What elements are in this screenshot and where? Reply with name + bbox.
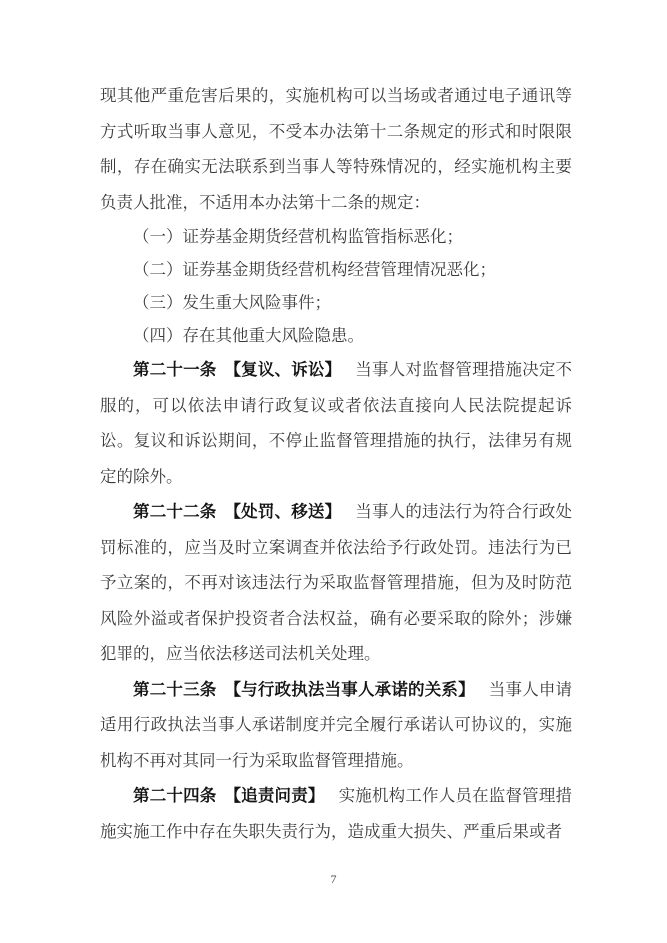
article-number: 第二十四条: [133, 786, 216, 805]
article-title: 【追责问责】: [224, 786, 324, 805]
paragraph-text: （一）证券基金期货经营机构监管指标恶化；: [133, 227, 463, 246]
body-paragraph: 现其他严重危害后果的，实施机构可以当场或者通过电子通讯等方式听取当事人意见，不受…: [100, 78, 572, 220]
paragraph-text: （四）存在其他重大风险隐患。: [133, 326, 364, 345]
article-paragraph: 第二十一条【复议、诉讼】当事人对监督管理措施决定不服的，可以依法申请行政复议或者…: [100, 352, 572, 494]
paragraph-text: （三）发生重大风险事件；: [133, 293, 331, 312]
body-paragraph: （二）证券基金期货经营机构经营管理情况恶化；: [100, 253, 572, 286]
document-page: 现其他严重危害后果的，实施机构可以当场或者通过电子通讯等方式听取当事人意见，不受…: [0, 0, 667, 943]
document-body: 现其他严重危害后果的，实施机构可以当场或者通过电子通讯等方式听取当事人意见，不受…: [100, 78, 572, 849]
body-paragraph: （一）证券基金期货经营机构监管指标恶化；: [100, 220, 572, 253]
article-paragraph: 第二十三条【与行政执法当事人承诺的关系】当事人申请适用行政执法当事人承诺制度并完…: [100, 672, 572, 779]
article-title: 【复议、诉讼】: [224, 360, 341, 379]
page-number: 7: [0, 872, 667, 887]
body-paragraph: （三）发生重大风险事件；: [100, 286, 572, 319]
article-paragraph: 第二十二条【处罚、移送】当事人的违法行为符合行政处罚标准的，应当及时立案调查并依…: [100, 494, 572, 672]
body-paragraph: （四）存在其他重大风险隐患。: [100, 319, 572, 352]
article-number: 第二十一条: [133, 360, 216, 379]
article-text: 当事人的违法行为符合行政处罚标准的，应当及时立案调查并依法给予行政处罚。违法行为…: [100, 502, 572, 663]
article-title: 【与行政执法当事人承诺的关系】: [224, 680, 474, 699]
article-title: 【处罚、移送】: [224, 502, 341, 521]
paragraph-text: （二）证券基金期货经营机构经营管理情况恶化；: [133, 260, 496, 279]
article-number: 第二十三条: [133, 680, 216, 699]
article-number: 第二十二条: [133, 502, 216, 521]
article-paragraph: 第二十四条【追责问责】实施机构工作人员在监督管理措施实施工作中存在失职失责行为，…: [100, 778, 572, 849]
paragraph-text: 现其他严重危害后果的，实施机构可以当场或者通过电子通讯等方式听取当事人意见，不受…: [100, 86, 572, 212]
